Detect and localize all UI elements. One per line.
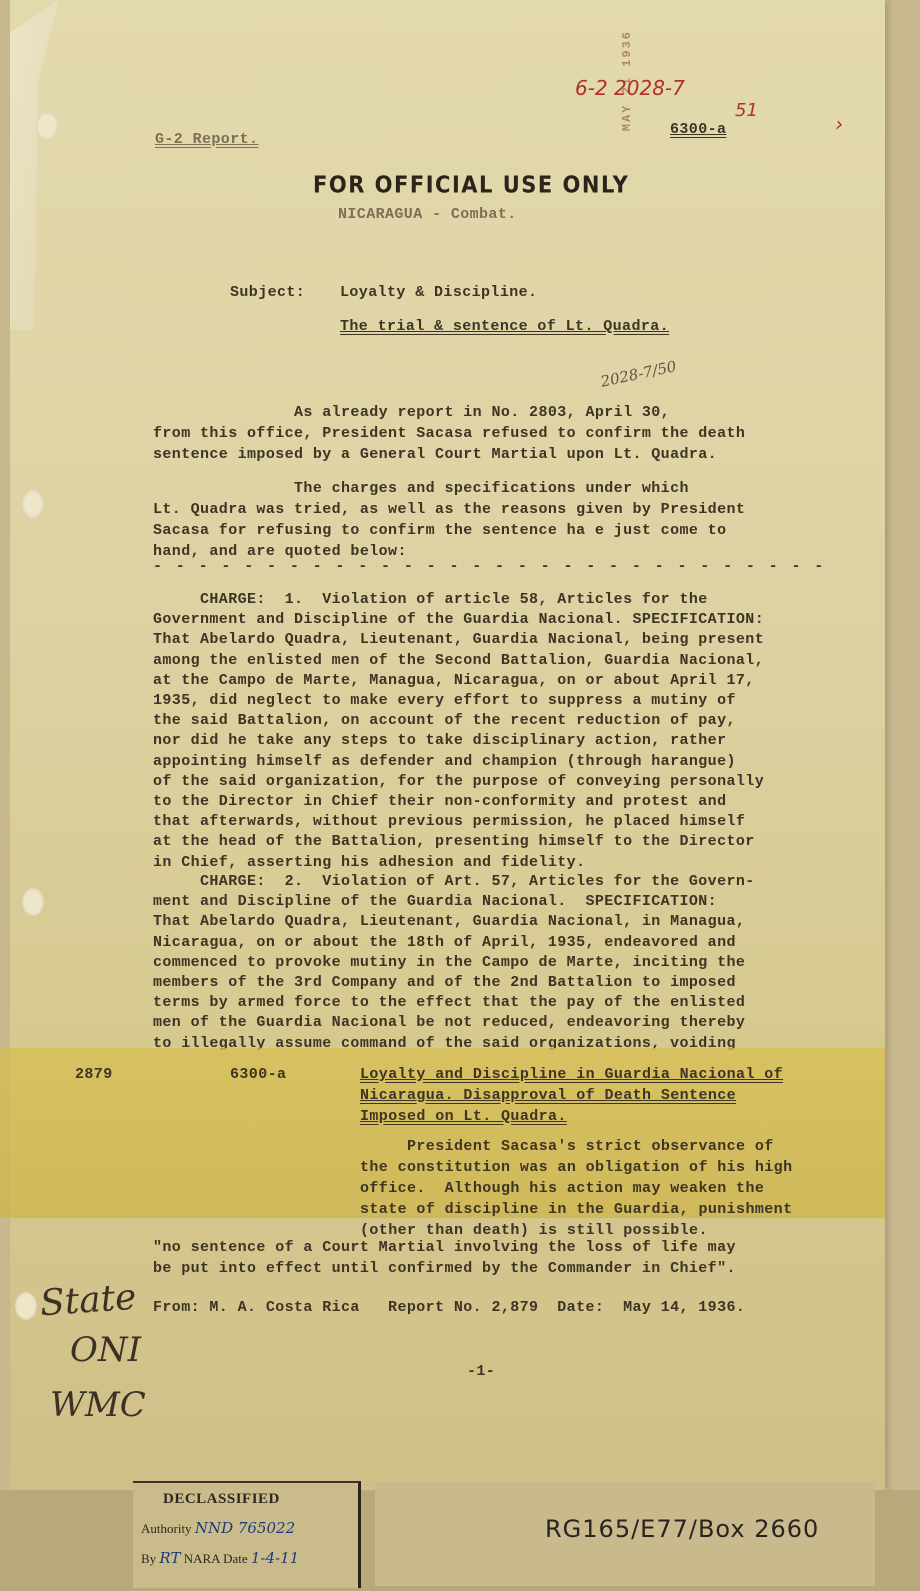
archive-reference: RG165/E77/Box 2660: [545, 1515, 819, 1543]
text-line: of the said organization, for the purpos…: [153, 772, 764, 793]
subject-line-1: Loyalty & Discipline.: [340, 283, 537, 304]
punch-hole: [36, 112, 58, 140]
text-line: appointing himself as defender and champ…: [153, 752, 736, 773]
text-line: nor did he take any steps to take discip…: [153, 731, 727, 752]
handwritten-oni: ONI: [70, 1330, 141, 1370]
text-line: among the enlisted men of the Second Bat…: [153, 651, 764, 672]
declass-title: DECLASSIFIED: [163, 1491, 280, 1508]
text-line: to the Director in Chief their non-confo…: [153, 792, 727, 813]
punch-hole: [15, 1292, 37, 1320]
declass-date-label: NARA Date: [184, 1551, 248, 1566]
text-line: The charges and specifications under whi…: [153, 479, 689, 500]
text-line: That Abelardo Quadra, Lieutenant, Guardi…: [153, 630, 764, 651]
page-curl: [10, 0, 80, 330]
text-line: at the Campo de Marte, Managua, Nicaragu…: [153, 671, 755, 692]
handwritten-initials: WMC: [50, 1385, 146, 1425]
declass-by: By RT NARA Date 1-4-11: [141, 1549, 299, 1567]
report-type-label: G-2 Report.: [155, 130, 258, 151]
text-line: men of the Guardia Nacional be not reduc…: [153, 1013, 745, 1034]
red-annotation-file-number: 6-2 2028-7: [575, 76, 685, 100]
page-number: -1-: [467, 1362, 495, 1383]
handwritten-state: State: [39, 1277, 138, 1325]
subject-line-2: The trial & sentence of Lt. Quadra.: [340, 317, 669, 338]
text-line: in Chief, asserting his adhesion and fid…: [153, 853, 585, 874]
text-line: CHARGE: 1. Violation of article 58, Arti…: [153, 590, 708, 611]
punch-hole: [22, 490, 44, 518]
slip-report-number: 2879: [75, 1065, 113, 1086]
slip-file-code: 6300-a: [230, 1065, 286, 1086]
text-line: President Sacasa's strict observance of: [360, 1137, 774, 1158]
from-line: From: M. A. Costa Rica Report No. 2,879 …: [153, 1298, 745, 1319]
text-line: That Abelardo Quadra, Lieutenant, Guardi…: [153, 912, 745, 933]
declass-date-value: 1-4-11: [251, 1549, 299, 1567]
text-line: at the head of the Battalion, presenting…: [153, 832, 755, 853]
text-line: Loyalty and Discipline in Guardia Nacion…: [360, 1065, 783, 1086]
text-line: Lt. Quadra was tried, as well as the rea…: [153, 500, 745, 521]
text-line: from this office, President Sacasa refus…: [153, 424, 745, 445]
text-line: commenced to provoke mutiny in the Campo…: [153, 953, 745, 974]
text-line: the constitution was an obligation of hi…: [360, 1158, 792, 1179]
text-line: be put into effect until confirmed by th…: [153, 1259, 736, 1280]
declassification-stamp: DECLASSIFIED Authority NND 765022 By RT …: [133, 1481, 361, 1588]
text-line: sentence imposed by a General Court Mart…: [153, 445, 717, 466]
text-line: Imposed on Lt. Quadra.: [360, 1107, 567, 1128]
text-line: that afterwards, without previous permis…: [153, 812, 745, 833]
text-line: members of the 3rd Company and of the 2n…: [153, 973, 736, 994]
text-line: terms by armed force to the effect that …: [153, 993, 745, 1014]
text-line: ment and Discipline of the Guardia Nacio…: [153, 892, 717, 913]
declass-authority-label: Authority: [141, 1521, 192, 1536]
declass-authority-value: NND 765022: [195, 1519, 295, 1537]
text-line: the said Battalion, on account of the re…: [153, 711, 736, 732]
text-line: CHARGE: 2. Violation of Art. 57, Article…: [153, 872, 755, 893]
subject-label: Subject:: [230, 283, 305, 304]
separator-line: - - - - - - - - - - - - - - - - - - - - …: [153, 557, 826, 578]
text-line: 1935, did neglect to make every effort t…: [153, 691, 736, 712]
text-line: state of discipline in the Guardia, puni…: [360, 1200, 792, 1221]
text-line: Nicaragua. Disapproval of Death Sentence: [360, 1086, 736, 1107]
country-topic: NICARAGUA - Combat.: [338, 205, 517, 226]
file-code: 6300-a: [670, 120, 726, 141]
text-line: Government and Discipline of the Guardia…: [153, 610, 764, 631]
punch-hole: [22, 888, 44, 916]
classification-stamp: FOR OFFICIAL USE ONLY: [313, 172, 629, 198]
declass-authority: Authority NND 765022: [141, 1519, 295, 1537]
red-mark: ›: [835, 112, 843, 136]
text-line: "no sentence of a Court Martial involvin…: [153, 1238, 736, 1259]
text-line: As already report in No. 2803, April 30,: [153, 403, 670, 424]
text-line: Nicaragua, on or about the 18th of April…: [153, 933, 736, 954]
declass-by-value: RT: [159, 1549, 180, 1567]
declass-by-label: By: [141, 1551, 156, 1566]
text-line: Sacasa for refusing to confirm the sente…: [153, 521, 727, 542]
red-annotation-sheet: 51: [735, 100, 758, 121]
text-line: office. Although his action may weaken t…: [360, 1179, 764, 1200]
